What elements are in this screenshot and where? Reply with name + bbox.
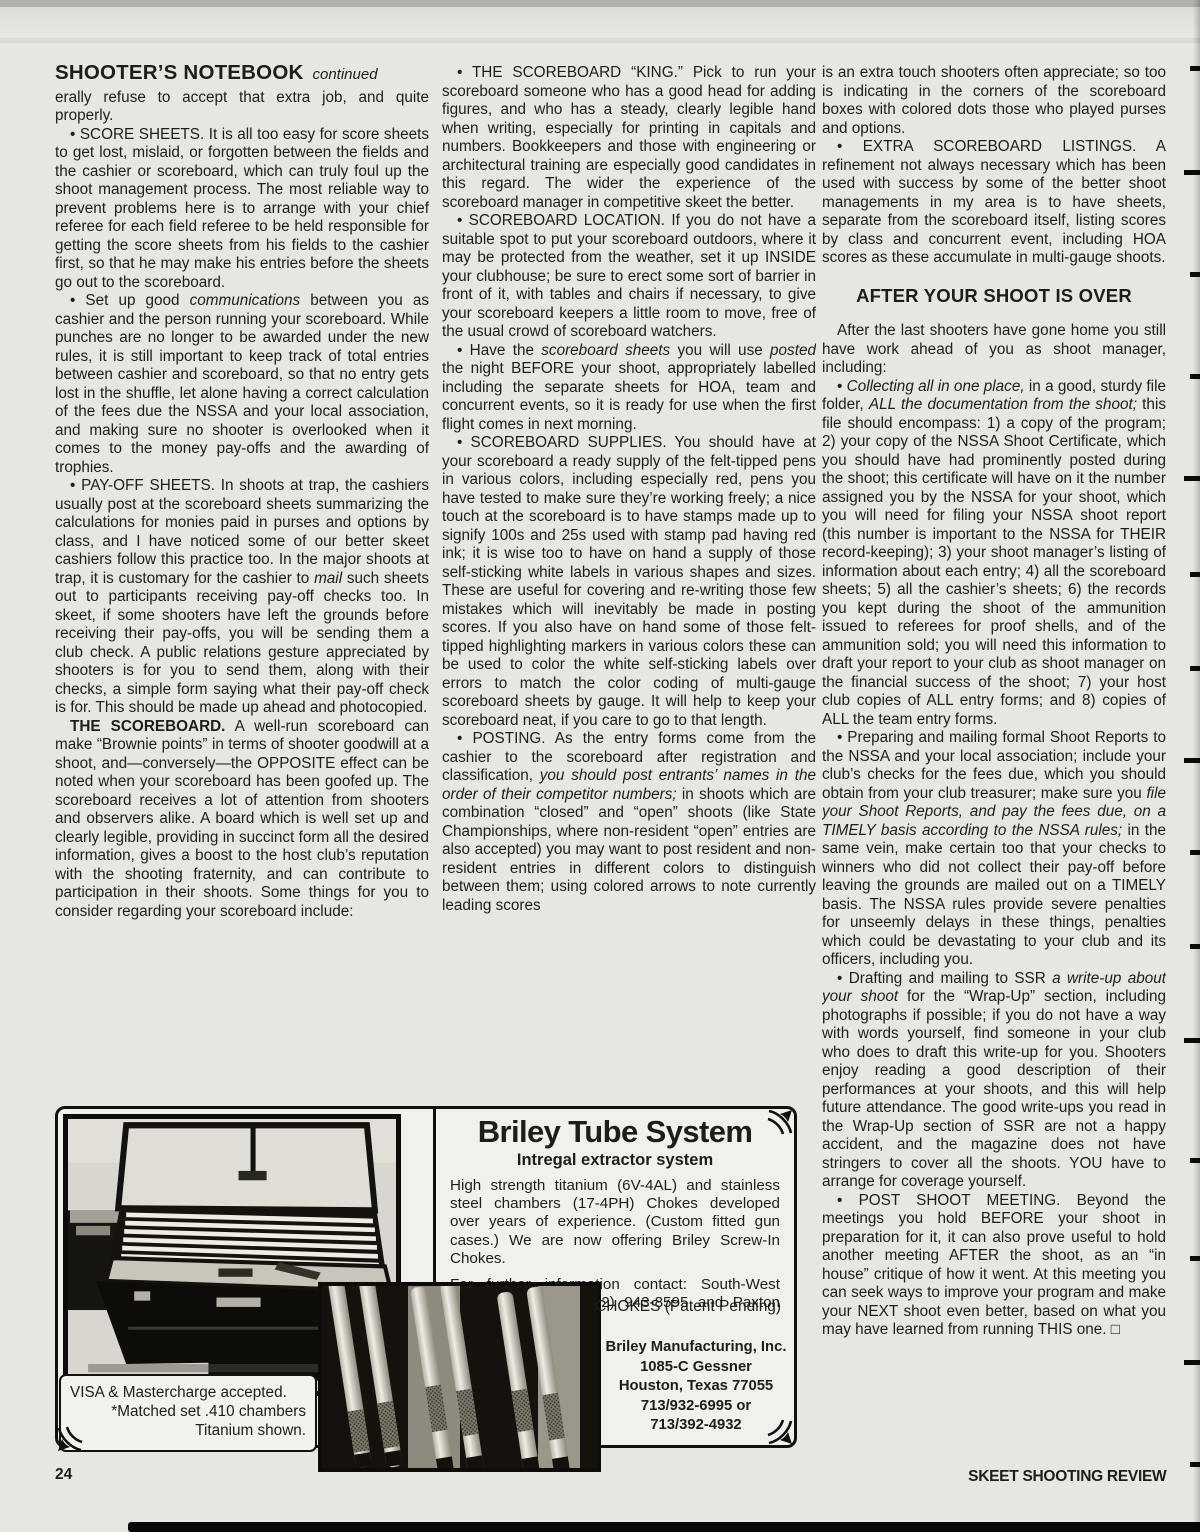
text-segment: Collecting all in one place, — [847, 378, 1025, 395]
text-segment: the night BEFORE your shoot, appropriate… — [442, 360, 816, 433]
column-text-1: erally refuse to accept that extra job, … — [55, 89, 429, 922]
paragraph: THE SCOREBOARD. A well-run scoreboard ca… — [55, 718, 429, 922]
text-segment: scoreboard sheets — [541, 342, 670, 359]
text-segment: • THE SCOREBOARD “KING.” Pick to run you… — [442, 64, 816, 211]
visa-note-box: VISA & Mastercharge accepted. *Matched s… — [59, 1374, 317, 1452]
text-segment: this file should encompass: 1) a copy of… — [822, 396, 1166, 728]
paragraph: • PAY-OFF SHEETS. In shoots at trap, the… — [55, 477, 429, 718]
text-segment: ALL the documentation from the shoot; — [869, 396, 1137, 413]
matched-set-note: *Matched set .410 chambers — [70, 1402, 306, 1421]
ad-phone-2: 713/392-4932 — [598, 1416, 794, 1436]
article-column-1: SHOOTER’S NOTEBOOKcontinued erally refus… — [55, 64, 429, 1108]
page-number: 24 — [55, 1466, 72, 1484]
scan-band — [0, 38, 1200, 43]
paragraph: After the last shooters have gone home y… — [822, 322, 1166, 378]
paragraph: • SCOREBOARD LOCATION. If you do not hav… — [442, 212, 816, 342]
text-segment: in the same vein, make certain too that … — [822, 822, 1166, 969]
registration-mark — [1190, 944, 1200, 949]
text-segment: • SCOREBOARD SUPPLIES. You should have a… — [442, 434, 816, 729]
registration-mark — [1184, 1360, 1200, 1365]
text-segment: in shoots which are combination “closed”… — [442, 786, 816, 914]
magazine-name: SKEET SHOOTING REVIEW — [968, 1468, 1166, 1486]
column-text-2: • THE SCOREBOARD “KING.” Pick to run you… — [442, 64, 816, 915]
text-segment: • — [837, 378, 847, 395]
paragraph: • SCOREBOARD SUPPLIES. You should have a… — [442, 434, 816, 730]
registration-mark — [1190, 1158, 1200, 1163]
ad-body-paragraph: High strength titanium (6V-4AL) and stai… — [450, 1177, 780, 1268]
ad-address-block: Briley Manufacturing, Inc. 1085-C Gessne… — [598, 1338, 794, 1436]
article-column-2: • THE SCOREBOARD “KING.” Pick to run you… — [442, 64, 816, 1108]
registration-mark — [1190, 1256, 1200, 1261]
text-segment: THE SCOREBOARD. — [70, 718, 225, 735]
registration-mark — [1190, 272, 1200, 277]
titanium-shown-note: Titanium shown. — [70, 1421, 306, 1440]
text-segment: • SCOREBOARD LOCATION. If you do not hav… — [442, 212, 816, 340]
article-title-text: SHOOTER’S NOTEBOOK — [55, 64, 303, 84]
text-segment: • Preparing and mailing formal Shoot Rep… — [822, 729, 1166, 802]
registration-mark — [1190, 666, 1200, 671]
article-title: SHOOTER’S NOTEBOOKcontinued — [55, 64, 429, 85]
page-top-shade — [0, 7, 1200, 35]
corner-ornament-icon — [767, 1109, 793, 1135]
visa-accepted-line: VISA & Mastercharge accepted. — [70, 1383, 306, 1402]
paragraph: • Drafting and mailing to SSR a write-up… — [822, 970, 1166, 1192]
text-segment: After the last shooters have gone home y… — [822, 322, 1166, 376]
registration-mark — [1190, 1462, 1200, 1467]
ad-phone-1: 713/932-6995 or — [598, 1397, 794, 1417]
paragraph: • Set up good communications between you… — [55, 292, 429, 477]
article-title-continued: continued — [312, 66, 377, 83]
registration-mark — [1184, 1038, 1200, 1043]
paragraph: • EXTRA SCOREBOARD LISTINGS. A refinemen… — [822, 138, 1166, 268]
page-right-edge — [1193, 0, 1200, 1532]
page-top-edge — [0, 0, 1200, 7]
ad-title: Briley Tube System — [450, 1114, 780, 1150]
paragraph: • THE SCOREBOARD “KING.” Pick to run you… — [442, 64, 816, 212]
corner-ornament-icon — [57, 1426, 83, 1452]
text-segment: erally refuse to accept that extra job, … — [55, 89, 429, 125]
paragraph: • Collecting all in one place, in a good… — [822, 378, 1166, 730]
text-segment: • POST SHOOT MEETING. Beyond the meeting… — [822, 1192, 1166, 1339]
text-segment: such sheets out to participants receivin… — [55, 570, 429, 717]
registration-mark — [1184, 476, 1200, 481]
registration-mark — [1190, 850, 1200, 855]
ad-city: Houston, Texas 77055 — [598, 1377, 794, 1397]
page-bottom-bar — [128, 1522, 1200, 1532]
text-segment: • EXTRA SCOREBOARD LISTINGS. A refinemen… — [822, 138, 1166, 266]
section-heading: AFTER YOUR SHOOT IS OVER — [822, 287, 1166, 306]
ad-chokes-line: CHOKES (Patent Pending) — [595, 1298, 797, 1316]
corner-ornament-icon — [767, 1419, 793, 1445]
briley-ad: Briley Tube System Intregal extractor sy… — [55, 1106, 797, 1448]
ad-subtitle: Intregal extractor system — [450, 1151, 780, 1170]
paragraph: erally refuse to accept that extra job, … — [55, 89, 429, 126]
text-segment: • Drafting and mailing to SSR — [837, 970, 1052, 987]
column-text-3: is an extra touch shooters often appreci… — [822, 64, 1166, 1340]
text-segment: you will use — [670, 342, 770, 359]
text-segment: between you as cashier and the person ru… — [55, 292, 429, 476]
registration-mark — [1190, 66, 1200, 71]
article-column-3: is an extra touch shooters often appreci… — [822, 64, 1166, 1464]
text-segment: posted — [770, 342, 816, 359]
text-segment: communications — [190, 292, 301, 309]
paragraph: • SCORE SHEETS. It is all too easy for s… — [55, 126, 429, 293]
text-segment: for the “Wrap-Up” section, including pho… — [822, 988, 1166, 1190]
paragraph: • POST SHOOT MEETING. Beyond the meeting… — [822, 1192, 1166, 1340]
registration-mark — [1184, 170, 1200, 175]
text-segment: A well-run scoreboard can make “Brownie … — [55, 718, 429, 920]
paragraph: • Have the scoreboard sheets you will us… — [442, 342, 816, 435]
text-segment: is an extra touch shooters often appreci… — [822, 64, 1166, 137]
registration-mark — [1190, 374, 1200, 379]
registration-mark — [1190, 572, 1200, 577]
choke-tubes-photo — [318, 1282, 601, 1472]
text-segment: • SCORE SHEETS. It is all too easy for s… — [55, 126, 429, 291]
text-segment: • Have the — [457, 342, 541, 359]
paragraph: • Preparing and mailing formal Shoot Rep… — [822, 729, 1166, 970]
paragraph: • POSTING. As the entry forms come from … — [442, 730, 816, 915]
paragraph: is an extra touch shooters often appreci… — [822, 64, 1166, 138]
registration-mark — [1184, 758, 1200, 763]
text-segment: mail — [314, 570, 342, 587]
ad-street: 1085-C Gessner — [598, 1358, 794, 1378]
text-segment: • Set up good — [70, 292, 190, 309]
ad-company: Briley Manufacturing, Inc. — [598, 1338, 794, 1358]
